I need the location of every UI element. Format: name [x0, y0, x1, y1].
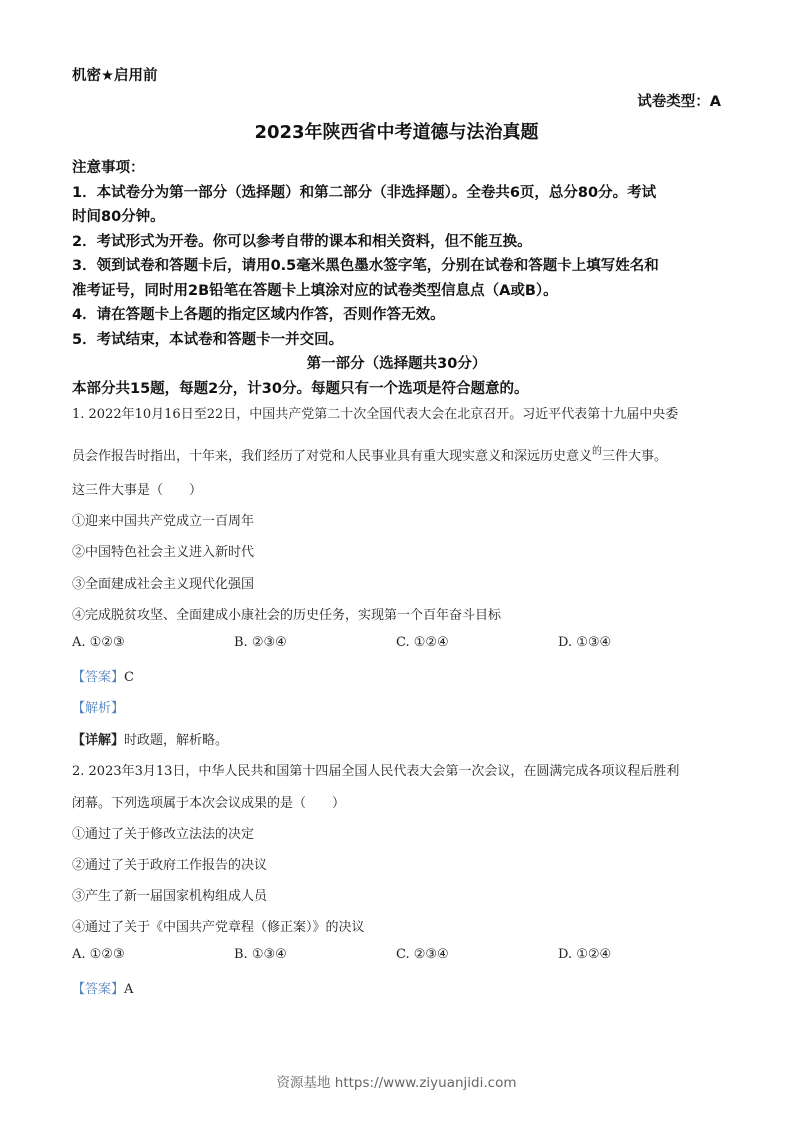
- q2-stem-line2: 闭幕。下列选项属于本次会议成果的是（ ）: [72, 792, 345, 811]
- note-line-4: 4．请在答题卡上各题的指定区域内作答，否则作答无效。: [72, 303, 445, 324]
- q2-option-d: D. ①②④: [558, 947, 611, 962]
- answer-label: 【答案】: [72, 982, 124, 997]
- answer-value: C: [124, 670, 134, 685]
- q2-answer: 【答案】A: [72, 978, 133, 997]
- q2-item-4: ④通过了关于《中国共产党章程（修正案）》的决议: [72, 916, 365, 935]
- note-line-5: 5．考试结束，本试卷和答题卡一并交回。: [72, 328, 343, 349]
- note-line-3-cont: 准考证号，同时用2B铅笔在答题卡上填涂对应的试卷类型信息点（A或B）。: [72, 279, 558, 300]
- q1-item-1: ①迎来中国共产党成立一百周年: [72, 510, 254, 529]
- q2-item-2: ②通过了关于政府工作报告的决议: [72, 854, 267, 873]
- note-line-2: 2．考试形式为开卷。你可以参考自带的课本和相关资料，但不能互换。: [72, 230, 532, 251]
- q1-option-c: C. ①②④: [396, 635, 449, 650]
- answer-value: A: [124, 982, 133, 997]
- q2-stem-line1: 2. 2023年3月13日，中华人民共和国第十四届全国人民代表大会第一次会议，在…: [72, 760, 679, 779]
- q1-stem-line1: 1. 2022年10月16日至22日，中国共产党第二十次全国代表大会在北京召开。…: [72, 403, 678, 422]
- q2-option-c: C. ②③④: [396, 947, 449, 962]
- note-line-1-cont: 时间80分钟。: [72, 205, 165, 226]
- note-line-3: 3．领到试卷和答题卡后，请用0.5毫米黑色墨水签字笔，分别在试卷和答题卡上填写姓…: [72, 254, 659, 275]
- note-line-1: 1．本试卷分为第一部分（选择题）和第二部分（非选择题）。全卷共6页，总分80分。…: [72, 181, 656, 202]
- part1-instruction: 本部分共15题，每题2分，计30分。每题只有一个选项是符合题意的。: [72, 377, 528, 398]
- detail-label: 【详解】: [72, 733, 124, 748]
- q1-item-4: ④完成脱贫攻坚、全面建成小康社会的历史任务，实现第一个百年奋斗目标: [72, 604, 501, 623]
- q1-stem-line2-text: 员会作报告时指出，十年来，我们经历了对党和人民事业具有重大现实意义和深远历史意义: [72, 449, 592, 464]
- q1-detail: 【详解】时政题，解析略。: [72, 729, 228, 748]
- detail-text: 时政题，解析略。: [124, 733, 228, 748]
- q2-option-a: A. ①②③: [72, 947, 125, 962]
- q1-stem-line2-end: 三件大事。: [602, 449, 667, 464]
- q2-item-3: ③产生了新一届国家机构组成人员: [72, 885, 267, 904]
- q1-item-3: ③全面建成社会主义现代化强国: [72, 573, 254, 592]
- q1-answer: 【答案】C: [72, 666, 134, 685]
- q1-stem-sup: 的: [592, 446, 602, 457]
- q1-analysis-label: 【解析】: [72, 697, 124, 716]
- paper-type-label: 试卷类型：A: [637, 90, 721, 111]
- notes-heading: 注意事项：: [72, 156, 145, 177]
- part1-heading: 第一部分（选择题共30分）: [0, 352, 793, 373]
- q1-stem-line3: 这三件大事是（ ）: [72, 479, 202, 498]
- confidential-label: 机密★启用前: [72, 64, 158, 85]
- q2-option-b: B. ①③④: [234, 947, 287, 962]
- footer-watermark: 资源基地 https://www.ziyuanjidi.com: [0, 1071, 793, 1091]
- q1-option-b: B. ②③④: [234, 635, 287, 650]
- q1-option-a: A. ①②③: [72, 635, 125, 650]
- page-title: 2023年陕西省中考道德与法治真题: [0, 118, 793, 144]
- q1-stem-line2: 员会作报告时指出，十年来，我们经历了对党和人民事业具有重大现实意义和深远历史意义…: [72, 445, 667, 464]
- q1-option-d: D. ①③④: [558, 635, 611, 650]
- answer-label: 【答案】: [72, 670, 124, 685]
- q1-item-2: ②中国特色社会主义进入新时代: [72, 541, 254, 560]
- q2-item-1: ①通过了关于修改立法法的决定: [72, 823, 254, 842]
